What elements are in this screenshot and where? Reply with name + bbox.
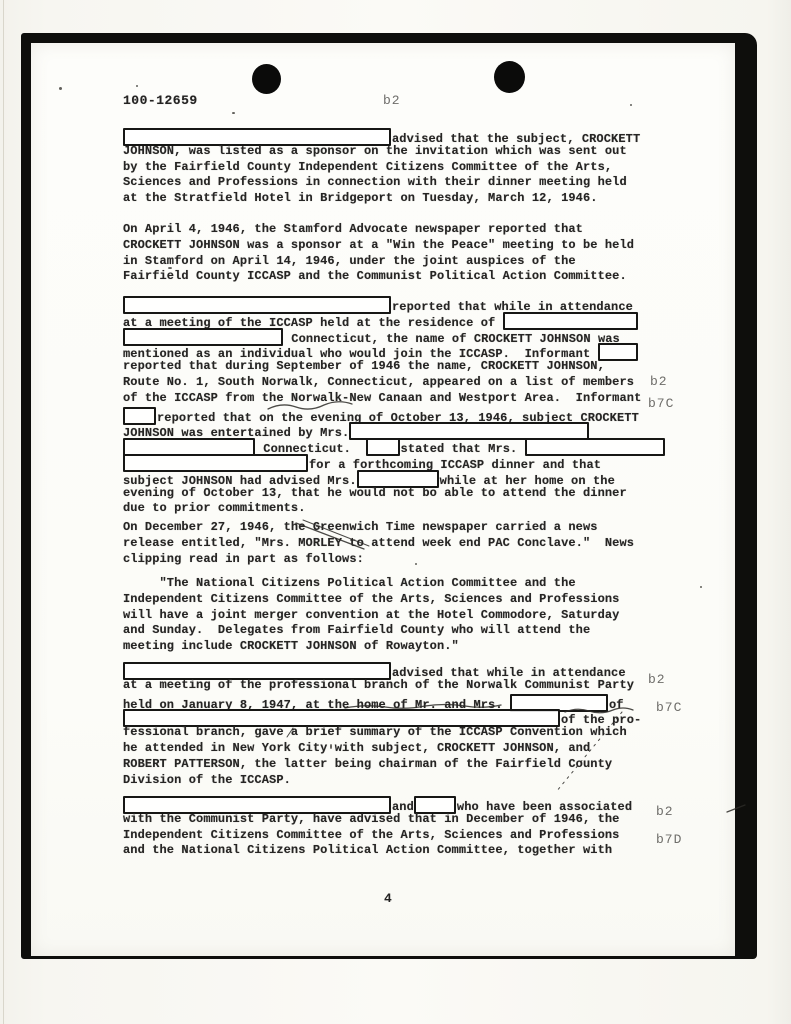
text-line: Division of the ICCASP. [123,773,683,789]
typewritten-text: release entitled, "Mrs. MORLEY to attend… [123,536,634,550]
text-line: Sciences and Professions in connection w… [123,175,683,191]
scan-speck [415,563,417,565]
scan-speck [700,586,702,588]
typewritten-text: meeting include CROCKETT JOHNSON of Rowa… [123,639,459,653]
text-line: and the National Citizens Political Acti… [123,843,683,859]
exemption-code-b7D: b7D [656,832,682,847]
text-line: for a forthcoming ICCASP dinner and that [123,454,683,470]
typewritten-text: and Sunday. Delegates from Fairfield Cou… [123,623,590,637]
paragraph: advised that while in attendanceat a mee… [123,662,683,788]
typewritten-text: and the National Citizens Political Acti… [123,843,612,857]
typewritten-text: fessional branch, gave a brief summary o… [123,725,627,739]
scan-edge-line [3,0,4,1024]
typewritten-text: Sciences and Professions in connection w… [123,175,627,189]
scanned-document-page: { "colors":{"ink":"#262524","frame":"#0e… [0,0,791,1024]
page-number: 4 [384,891,392,906]
text-line: Connecticut, the name of CROCKETT JOHNSO… [123,328,683,344]
typewritten-text: ROBERT PATTERSON, the latter being chair… [123,757,612,771]
text-line: of the ICCASP from the Norwalk-New Canaa… [123,391,683,407]
typewritten-text: in Stamford on April 14, 1946, under the… [123,254,576,268]
typewritten-text: due to prior commitments. [123,501,306,515]
paragraph: advised that the subject, CROCKETTJOHNSO… [123,128,683,207]
text-line: at a meeting of the ICCASP held at the r… [123,312,683,328]
exemption-code-b2: b2 [383,93,401,108]
text-line: Connecticut. stated that Mrs. [123,438,683,454]
paragraph: andwho have been associatedwith the Comm… [123,796,683,859]
typewritten-text: clipping read in part as follows: [123,552,364,566]
text-line: Independent Citizens Committee of the Ar… [123,592,683,608]
text-line: due to prior commitments. [123,501,683,517]
typewritten-text: with the Communist Party, have advised t… [123,812,619,826]
text-line: of the pro- [123,709,683,725]
typewritten-text: CROCKETT JOHNSON was a sponsor at a "Win… [123,238,634,252]
hole-punch [494,61,525,93]
scan-speck [136,85,138,87]
text-line: reported that while in attendance [123,296,683,312]
text-line: with the Communist Party, have advised t… [123,812,683,828]
typewritten-text: evening of October 13, that he would not… [123,486,627,500]
typewritten-text: at a meeting of the professional branch … [123,678,634,692]
text-line: and Sunday. Delegates from Fairfield Cou… [123,623,683,639]
text-line: CROCKETT JOHNSON was a sponsor at a "Win… [123,238,683,254]
typewritten-text: will have a joint merger convention at t… [123,608,619,622]
typewritten-text: "The National Citizens Political Action … [123,576,576,590]
typewritten-text: Fairfield County ICCASP and the Communis… [123,269,627,283]
text-line: advised that while in attendance [123,662,683,678]
typewritten-text: he attended in New York City with subjec… [123,741,590,755]
exemption-code-b2: b2 [656,804,674,819]
typewritten-text: reported that during September of 1946 t… [123,359,605,373]
text-line: he attended in New York City with subjec… [123,741,683,757]
text-line: On April 4, 1946, the Stamford Advocate … [123,222,683,238]
scan-speck [330,744,332,749]
typewritten-text: Independent Citizens Committee of the Ar… [123,828,619,842]
typewritten-text: Route No. 1, South Norwalk, Connecticut,… [123,375,634,389]
typewritten-text: Division of the ICCASP. [123,773,291,787]
typewritten-text: On December 27, 1946, the Greenwich Time… [123,520,598,534]
text-line: ROBERT PATTERSON, the latter being chair… [123,757,683,773]
exemption-code-b2: b2 [648,672,666,687]
text-line: On December 27, 1946, the Greenwich Time… [123,520,683,536]
text-line: fessional branch, gave a brief summary o… [123,725,683,741]
text-line: subject JOHNSON had advised Mrs.while at… [123,470,683,486]
exemption-code-b7C: b7C [648,396,674,411]
text-line: "The National Citizens Political Action … [123,576,683,592]
text-line: in Stamford on April 14, 1946, under the… [123,254,683,270]
typewritten-text: by the Fairfield County Independent Citi… [123,160,612,174]
typewritten-text: at the Stratfield Hotel in Bridgeport on… [123,191,598,205]
text-line: Fairfield County ICCASP and the Communis… [123,269,683,285]
paragraph: "The National Citizens Political Action … [123,576,683,655]
typewritten-text: On April 4, 1946, the Stamford Advocate … [123,222,583,236]
text-line: will have a joint merger convention at t… [123,608,683,624]
scan-speck [232,112,235,114]
text-line: JOHNSON, was listed as a sponsor on the … [123,144,683,160]
text-line: meeting include CROCKETT JOHNSON of Rowa… [123,639,683,655]
text-line: at a meeting of the professional branch … [123,678,683,694]
text-line: Route No. 1, South Norwalk, Connecticut,… [123,375,683,391]
text-line: release entitled, "Mrs. MORLEY to attend… [123,536,683,552]
hole-punch [252,64,281,94]
scan-speck [168,267,172,269]
text-line: evening of October 13, that he would not… [123,486,683,502]
paragraph: On December 27, 1946, the Greenwich Time… [123,520,683,567]
text-line: clipping read in part as follows: [123,552,683,568]
text-line: by the Fairfield County Independent Citi… [123,160,683,176]
typewritten-text: Independent Citizens Committee of the Ar… [123,592,619,606]
text-line: andwho have been associated [123,796,683,812]
text-line: Independent Citizens Committee of the Ar… [123,828,683,844]
exemption-code-b7C: b7C [656,700,682,715]
file-number: 100-12659 [123,93,198,108]
typewritten-text: JOHNSON, was listed as a sponsor on the … [123,144,627,158]
exemption-code-b2: b2 [650,374,668,389]
paragraph: On April 4, 1946, the Stamford Advocate … [123,222,683,285]
paragraph: reported that while in attendanceat a me… [123,296,683,517]
text-line: reported that during September of 1946 t… [123,359,683,375]
typewritten-text: of the ICCASP from the Norwalk-New Canaa… [123,391,641,405]
scan-speck [59,87,62,90]
text-line: reported that on the evening of October … [123,407,683,423]
scan-speck [630,104,632,106]
text-line: held on January 8, 1947, at the home of … [123,694,683,710]
text-line: advised that the subject, CROCKETT [123,128,683,144]
text-line: mentioned as an individual who would joi… [123,343,683,359]
text-line: at the Stratfield Hotel in Bridgeport on… [123,191,683,207]
